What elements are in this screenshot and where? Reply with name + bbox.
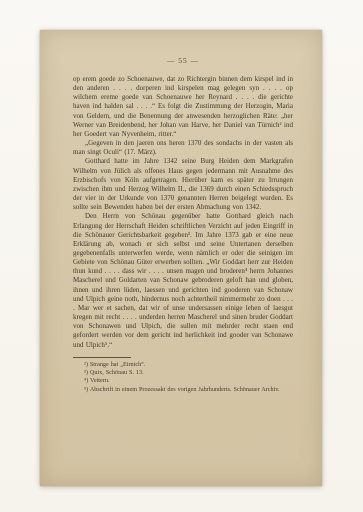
footnote-section: ²) Strange hat „Eirnich“. ³) Quix, Schön…: [73, 357, 293, 394]
footnote-5: ⁵) Abschrift in einem Prozessakt des vor…: [73, 386, 293, 394]
paragraph-dating-clause: „Gegeven in den jaeren ons heren 1370 de…: [73, 139, 293, 157]
scan-background: — 55 — op erem goede zo Schoenauwe, dat …: [0, 0, 363, 512]
footnote-3: ³) Quix, Schönau S. 13.: [73, 369, 293, 377]
footnote-4: ⁴) Vettern.: [73, 377, 293, 385]
footnotes-list: ²) Strange hat „Eirnich“. ³) Quix, Schön…: [73, 361, 293, 394]
footnote-2: ²) Strange hat „Eirnich“.: [73, 361, 293, 369]
page-body: op erem goede zo Schoenauwe, dat zo Rich…: [73, 75, 293, 350]
page-number: — 55 —: [73, 56, 293, 65]
book-page: — 55 — op erem goede zo Schoenauwe, dat …: [40, 30, 322, 486]
page-content: — 55 — op erem goede zo Schoenauwe, dat …: [40, 30, 322, 394]
paragraph-gotthard-1342: Gotthard hatte im Jahre 1342 seine Burg …: [73, 157, 293, 212]
paragraph-quote-continuation: op erem goede zo Schoenauwe, dat zo Rich…: [73, 75, 293, 139]
footnote-divider: [73, 357, 131, 358]
paragraph-schoenau-declaration: Den Herrn von Schönau gegenüber hatte Go…: [73, 212, 293, 349]
